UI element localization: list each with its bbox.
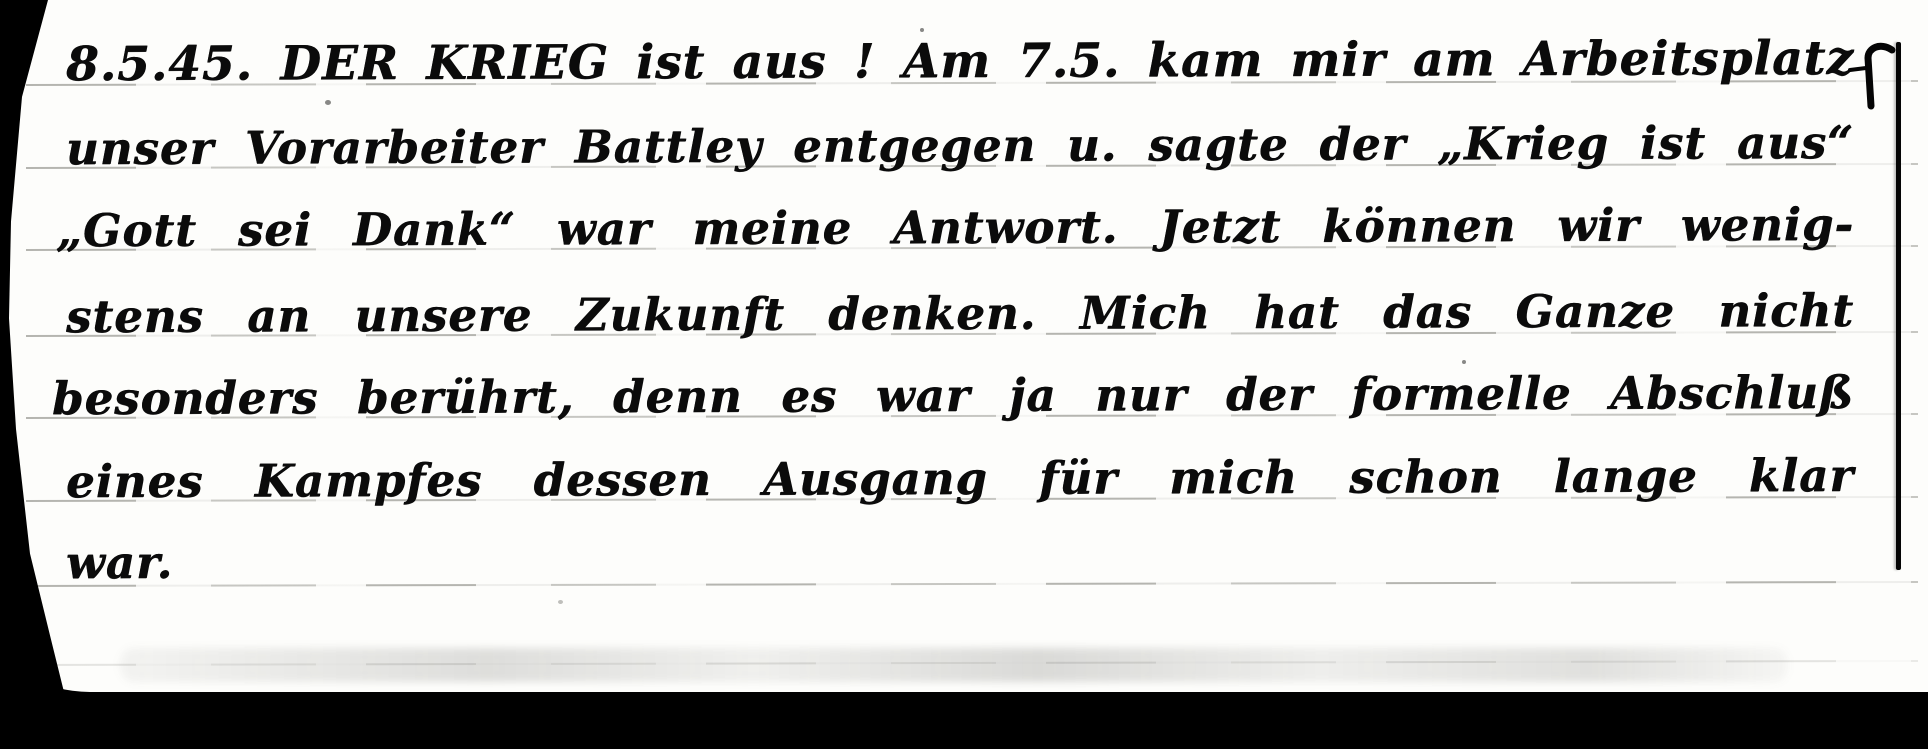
- scan-speck: [920, 28, 924, 32]
- handwriting-line-6: eines Kampfes dessen Ausgang für mich sc…: [66, 446, 1854, 512]
- scanned-diary-page: 8.5.45. DER KRIEG ist aus ! Am 7.5. kam …: [0, 0, 1928, 749]
- paper-sheet: 8.5.45. DER KRIEG ist aus ! Am 7.5. kam …: [0, 0, 1928, 692]
- rule-line: [26, 581, 1918, 587]
- scanner-edge-bottom: [0, 692, 1928, 749]
- handwriting-line-5: besonders berührt, denn es war ja nur de…: [52, 363, 1854, 429]
- handwriting-line-4: stens an unsere Zukunft denken. Mich hat…: [66, 281, 1854, 347]
- handwriting-line-3: „Gott sei Dank“ war meine Antwort. Jetzt…: [56, 195, 1854, 261]
- handwriting-line-7: war.: [66, 533, 173, 593]
- scan-smudge: [120, 648, 1788, 682]
- handwriting-line-1: 8.5.45. DER KRIEG ist aus ! Am 7.5. kam …: [66, 29, 1854, 95]
- pen-stroke-mark: [1842, 40, 1906, 112]
- pen-stroke-icon: [1842, 40, 1906, 112]
- scan-speck: [325, 100, 331, 105]
- adjacent-page-edge-line: [1896, 42, 1901, 570]
- handwriting-line-2: unser Vorarbeiter Battley entgegen u. sa…: [66, 113, 1854, 179]
- scan-speck: [1462, 360, 1466, 364]
- scan-speck: [558, 600, 563, 604]
